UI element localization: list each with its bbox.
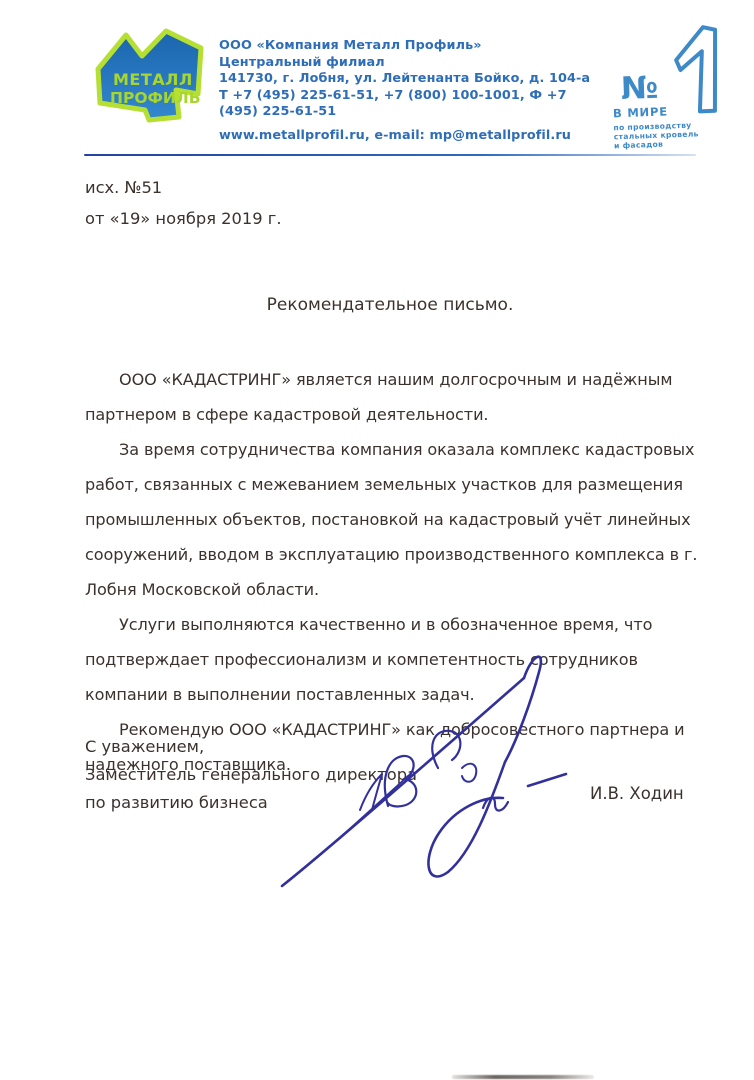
ref-number: исх. №51 (85, 172, 282, 203)
logo-text-line1: МЕТАЛЛ (113, 70, 193, 89)
letter-title: Рекомендательное письмо. (84, 295, 696, 315)
logo-text-line2: ПРОФИЛЬ (110, 89, 201, 107)
company-name: ООО «Компания Металл Профиль» (219, 38, 599, 55)
metall-profil-logo-icon: МЕТАЛЛ ПРОФИЛЬ (86, 24, 218, 136)
badge-in-world-label: В МИРЕ (613, 104, 668, 120)
company-phones: Т +7 (495) 225-61-51, +7 (800) 100-1001,… (219, 88, 599, 121)
number-one-badge: № В МИРЕ по производству стальных кровел… (610, 20, 750, 151)
letterhead-divider (84, 154, 696, 156)
badge-one-icon (667, 21, 722, 119)
ref-date: от «19» ноября 2019 г. (85, 203, 282, 234)
scan-artifact (452, 1075, 594, 1079)
letter-page: МЕТАЛЛ ПРОФИЛЬ ООО «Компания Металл Проф… (0, 0, 754, 1080)
reference-block: исх. №51 от «19» ноября 2019 г. (85, 172, 282, 234)
signer-name: И.В. Ходин (590, 784, 684, 803)
badge-number-sign: № (612, 73, 668, 103)
company-info-block: ООО «Компания Металл Профиль» Центральны… (219, 38, 599, 145)
company-branch: Центральный филиал (219, 55, 599, 72)
company-web: www.metallprofil.ru, e-mail: mp@metallpr… (219, 128, 599, 145)
paragraph-1: ООО «КАДАСТРИНГ» является нашим долгосро… (85, 362, 707, 432)
paragraph-2: За время сотрудничества компания оказала… (85, 432, 707, 607)
signature-ink-icon (276, 646, 588, 902)
company-address: 141730, г. Лобня, ул. Лейтенанта Бойко, … (219, 71, 599, 88)
